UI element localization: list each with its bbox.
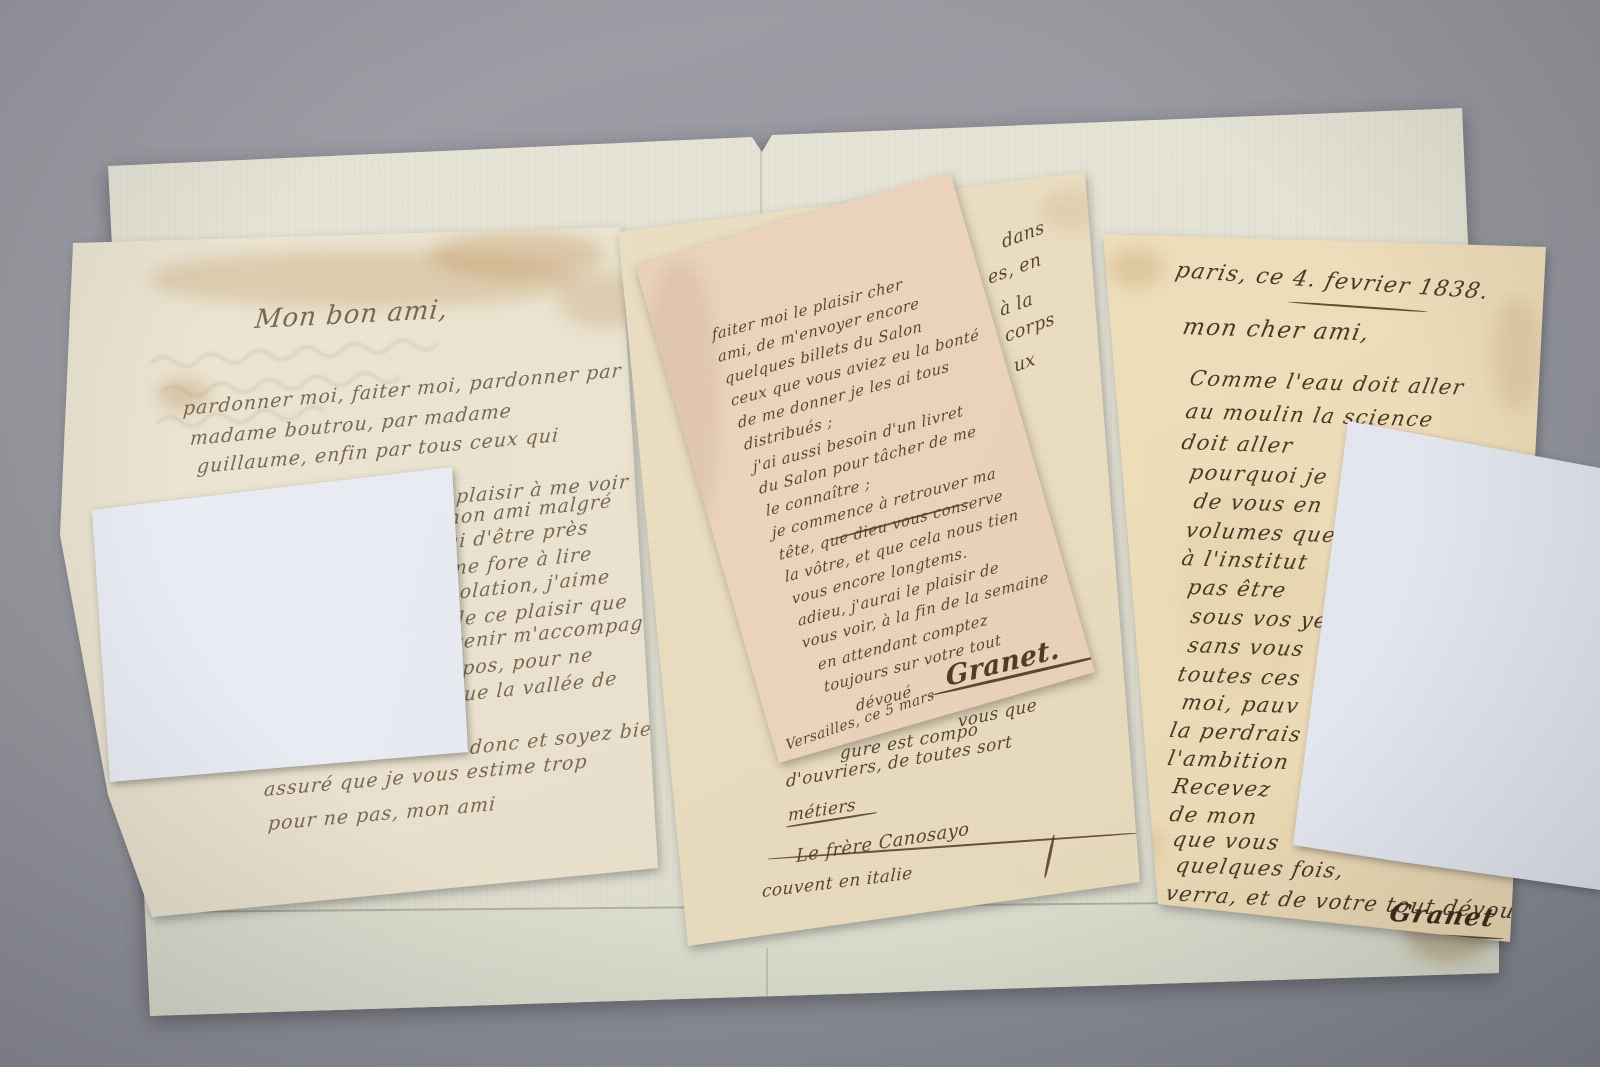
left-letter: Mon bon ami,pardonner moi, faiter moi, p… <box>0 0 1600 1067</box>
handwritten-line: de vous en <box>1192 489 1326 517</box>
handwritten-line: tête, que dieu vous conserve <box>778 486 1004 564</box>
fold-crease <box>155 899 1498 913</box>
handwritten-line: métiers <box>788 795 856 826</box>
handwritten-line: verra, et de votre tout dévoué <box>1163 881 1531 924</box>
handwritten-line: Recevez <box>1171 774 1274 801</box>
stain <box>1404 902 1492 962</box>
handwritten-line: nsolation, j'aime <box>435 566 610 607</box>
center-fold-crease <box>760 140 762 335</box>
handwritten-line: l'ambition <box>1166 746 1292 774</box>
paper-texture <box>0 0 1600 1067</box>
bottom-fold-notch <box>766 948 768 996</box>
handwritten-line: mon cher ami, <box>1180 314 1372 346</box>
handwritten-line: Le frère Canosayo <box>796 818 969 867</box>
handwritten-line: vous voir, à la fin de la semaine <box>801 568 1050 652</box>
handwritten-line: ceux que vous aviez eu la bonté <box>730 325 980 410</box>
ink-stroke <box>1288 301 1428 313</box>
handwritten-line: toutes ces <box>1176 662 1303 690</box>
handwritten-line: moi, pauv <box>1180 690 1302 718</box>
handwritten-line: que vous <box>1171 827 1282 855</box>
foxing-stain <box>1108 248 1164 288</box>
handwritten-line: ux <box>1012 348 1037 377</box>
handwritten-line: d'ouvriers, de toutes sort <box>786 732 1013 792</box>
handwritten-line: pour ne pas, mon ami <box>267 793 497 835</box>
handwritten-line: Versailles, ce 5 mars <box>785 687 936 754</box>
pink-letter: faiter moi le plaisir cherami, de m'envo… <box>0 0 1600 1067</box>
handwritten-line: faiter moi le plaisir cher <box>711 275 903 344</box>
foxing-stain <box>558 272 650 328</box>
photo-vignette <box>0 0 1600 1067</box>
handwritten-line: doit aller <box>1180 430 1296 458</box>
folded-sheet-bottom-fold <box>0 0 1600 1067</box>
handwritten-line: assuré que je vous estime trop <box>263 751 588 802</box>
pink-letter-shadow: faiter moi le plaisir cherami, de m'envo… <box>0 0 1600 1067</box>
handwritten-line: de mon <box>1168 802 1260 829</box>
handwritten-line: que la vallée de <box>450 667 618 707</box>
photograph-of-letters: Mon bon ami,pardonner moi, faiter moi, p… <box>0 0 1600 1067</box>
handwritten-line: à venir m'accompagner <box>432 608 679 656</box>
handwritten-line: madame boutrou, par madame <box>189 400 512 450</box>
handwritten-line: sous vos yeu <box>1189 604 1346 633</box>
handwritten-line: de me donner je les ai tous <box>737 357 950 432</box>
handwritten-line: en attendant comptez <box>817 610 989 674</box>
handwritten-line: le connaître ; <box>765 474 871 520</box>
handwritten-line: quelques billets du Salon <box>724 317 923 388</box>
handwritten-line: la vôtre, et que cela nous tien <box>784 505 1019 586</box>
handwritten-line: pardonner moi, faiter moi, pardonner par <box>182 360 622 421</box>
handwritten-line: adieu, j'aurai le plaisir de <box>797 558 1000 630</box>
handwritten-line: toujours sur votre tout <box>823 630 1002 696</box>
foxing-stain <box>430 232 605 278</box>
handwritten-line: couvent en italie <box>762 863 913 902</box>
handwritten-line: je commence à retrouver ma <box>771 464 997 542</box>
ink-stroke <box>826 501 971 542</box>
handwritten-line: pas être <box>1186 575 1289 602</box>
middle-letter: danses, enà lacorpsuxvous quegure est co… <box>0 0 1600 1067</box>
ink-stroke <box>930 651 1116 697</box>
photo-grain <box>0 0 1600 1067</box>
paper-sheen <box>1180 480 1320 700</box>
right-letter-shadow: paris, ce 4. fevrier 1838.mon cher ami,C… <box>0 0 1600 1067</box>
handwritten-line: vous que <box>957 695 1037 732</box>
handwritten-line: me fore à lire <box>448 543 592 580</box>
handwritten-line: paris, ce 4. fevrier 1838. <box>1173 258 1492 305</box>
left-letter-shadow: Mon bon ami,pardonner moi, faiter moi, p… <box>0 0 1600 1067</box>
handwritten-line: es, en <box>986 249 1043 289</box>
handwritten-line: Granet <box>1387 898 1498 932</box>
handwritten-line: plaisir à me voir à <box>455 469 649 508</box>
handwritten-line: j'ai aussi besoin d'un livret <box>752 402 964 476</box>
handwritten-line: Granet. <box>945 634 1061 694</box>
handwritten-line: volumes que <box>1184 518 1339 547</box>
ink-spot <box>708 717 718 727</box>
edge-toning <box>640 260 720 560</box>
cover-slip-left-shadow <box>0 0 1600 1067</box>
foxing-stain <box>1110 828 1162 864</box>
handwritten-line: la perdrais <box>1168 718 1304 746</box>
folded-sheet-shadow <box>0 0 1600 1067</box>
cover-slip-left <box>0 0 1600 1067</box>
ink-stroke <box>786 812 877 828</box>
foxing-stain <box>158 378 210 412</box>
handwritten-line: gure est compo <box>840 719 979 764</box>
handwritten-line: distribués ; <box>743 412 834 454</box>
foxing-stain <box>1494 298 1540 410</box>
ink-stroke <box>1392 932 1504 940</box>
handwritten-line: mon ami malgré <box>441 490 612 530</box>
foxing-stain <box>150 250 580 308</box>
handwritten-line: de ce plaisir que <box>451 590 628 631</box>
ink-stroke <box>1043 834 1055 878</box>
handwritten-line: Comme l'eau doit aller <box>1188 366 1467 399</box>
ink-stroke <box>768 832 1139 859</box>
folded-letter-sheet <box>0 0 1600 1067</box>
handwritten-line: corps <box>1003 308 1057 347</box>
handwritten-line: 1838 . <box>839 745 887 776</box>
handwritten-line: du Salon pour tâcher de me <box>758 422 977 498</box>
foxing-stain <box>1040 190 1100 230</box>
handwritten-line: ami, de m'envoyer encore <box>717 294 920 366</box>
handwritten-line: repos, pour ne <box>439 644 594 682</box>
handwritten-line: au moulin la science <box>1184 399 1436 431</box>
cover-slip-right <box>0 0 1600 1067</box>
foxing-stain <box>640 438 666 530</box>
handwritten-line: dans <box>1000 217 1046 253</box>
cover-slip-right-shadow <box>0 0 1600 1067</box>
handwritten-line: j'ai d'être près <box>433 517 589 555</box>
handwritten-line: à la <box>998 288 1035 321</box>
handwritten-line: sans vous <box>1186 633 1307 661</box>
handwritten-line: quelques fois, <box>1174 853 1347 883</box>
right-letter: paris, ce 4. fevrier 1838.mon cher ami,C… <box>0 0 1600 1067</box>
middle-letter-shadow: danses, enà lacorpsuxvous quegure est co… <box>0 0 1600 1067</box>
handwritten-line: dévoué <box>855 682 912 715</box>
handwritten-line: vous encore longtems. <box>791 543 968 608</box>
handwritten-line: à l'institut <box>1180 546 1311 574</box>
handwritten-line: guillaume, enfin par tous ceux qui <box>196 424 560 478</box>
handwritten-line: pourquoi je <box>1188 460 1331 489</box>
ink-showthrough <box>141 318 489 461</box>
handwritten-line: Mon bon ami, <box>253 295 449 335</box>
handwritten-line: donc et soyez bien <box>469 716 665 759</box>
